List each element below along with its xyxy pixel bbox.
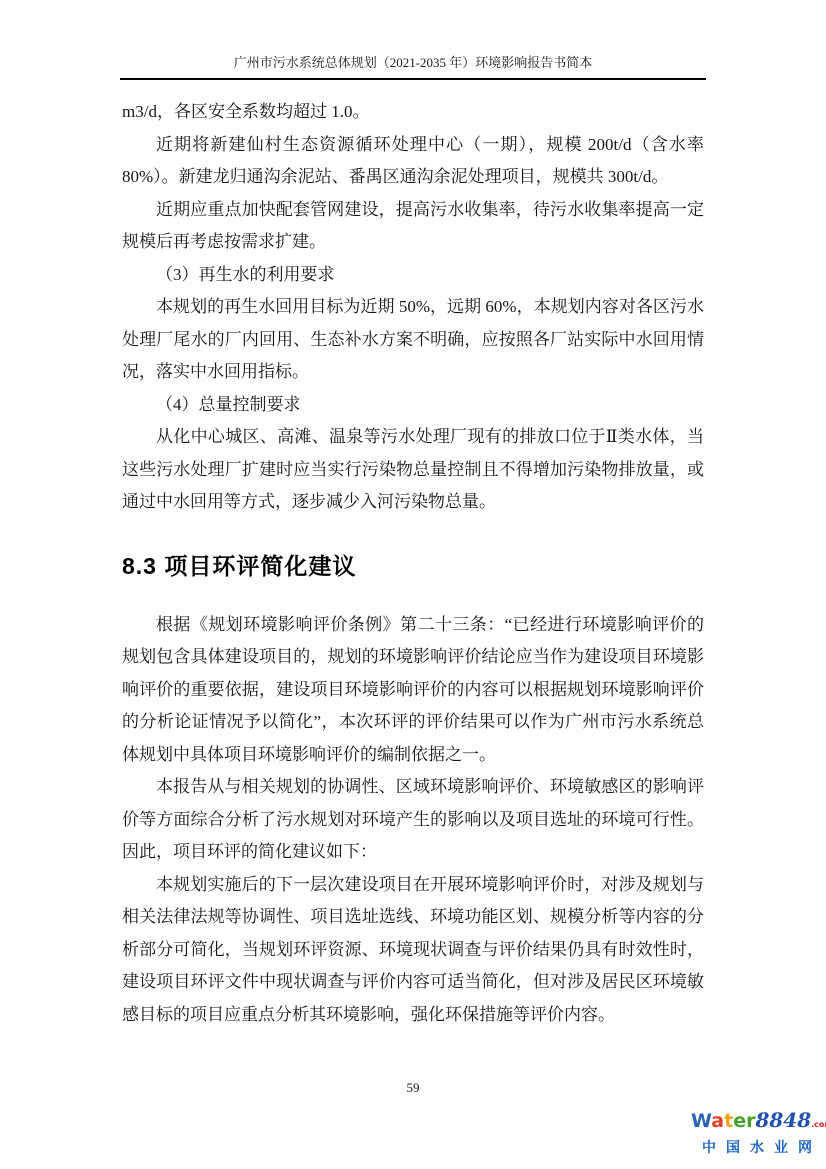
paragraph: 近期将新建仙村生态资源循环处理中心（一期），规模 200t/d（含水率 80%）… (122, 129, 704, 194)
paragraph: （3）再生水的利用要求 (122, 259, 704, 292)
page-number: 59 (0, 1080, 826, 1096)
paragraph: 近期应重点加快配套管网建设，提高污水收集率，待污水收集率提高一定规模后再考虑按需… (122, 194, 704, 259)
watermark-brand-tld: .com (811, 1120, 826, 1129)
watermark-tagline: 中国水业网 (691, 1139, 823, 1157)
document-page: 广州市污水系统总体规划（2021-2035 年）环境影响报告书简本 m3/d，各… (0, 0, 826, 1169)
paragraph: 从化中心城区、高滩、温泉等污水处理厂现有的排放口位于Ⅱ类水体，当这些污水处理厂扩… (122, 421, 704, 519)
document-body: m3/d，各区安全系数均超过 1.0。近期将新建仙村生态资源循环处理中心（一期）… (122, 96, 704, 1031)
paragraph: m3/d，各区安全系数均超过 1.0。 (122, 96, 704, 129)
water8848-watermark: Water8848.com 中国水业网 (691, 1108, 823, 1157)
brand-letter: t (724, 1110, 733, 1132)
page-header-title: 广州市污水系统总体规划（2021-2035 年）环境影响报告书简本 (120, 54, 706, 80)
paragraph: 本规划的再生水回用目标为近期 50%，远期 60%，本规划内容对各区污水处理厂尾… (122, 291, 704, 389)
paragraph: （4）总量控制要求 (122, 389, 704, 422)
watermark-brand-word: Water (691, 1110, 755, 1132)
brand-letter: W (691, 1110, 711, 1132)
watermark-brand-line: Water8848.com (691, 1108, 823, 1137)
watermark-brand-number: 8848 (755, 1108, 811, 1132)
brand-letter: e (733, 1110, 746, 1132)
paragraph: 本报告从与相关规划的协调性、区域环境影响评价、环境敏感区的影响评价等方面综合分析… (122, 771, 704, 869)
brand-letter: a (711, 1110, 724, 1132)
paragraph: 本规划实施后的下一层次建设项目在开展环境影响评价时，对涉及规划与相关法律法规等协… (122, 869, 704, 1032)
section-heading: 8.3 项目环评简化建议 (122, 549, 704, 583)
paragraph: 根据《规划环境影响评价条例》第二十三条：“已经进行环境影响评价的规划包含具体建设… (122, 609, 704, 772)
